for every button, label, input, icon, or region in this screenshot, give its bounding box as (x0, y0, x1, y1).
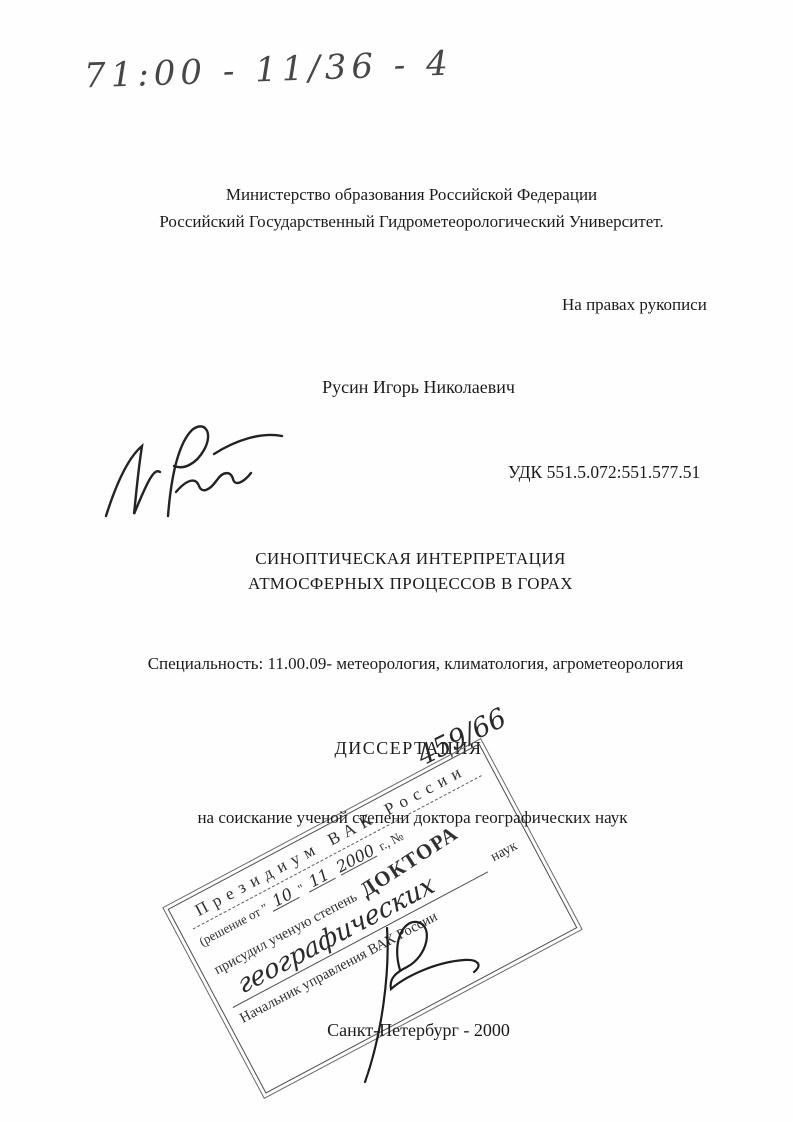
title-line-2: АТМОСФЕРНЫХ ПРОЦЕССОВ В ГОРАХ (14, 571, 793, 596)
university-line: Российский Государственный Гидрометеорол… (15, 208, 793, 235)
specialty-line: Специальность: 11.00.09- метеорология, к… (19, 654, 793, 674)
dissertation-title-page: 71:00 - 11/36 - 4 Министерство образован… (0, 0, 793, 1122)
inventory-number: 71:00 - 11/36 - 4 (83, 44, 453, 97)
udk-code: УДК 551.5.072:551.577.51 (508, 462, 700, 483)
signature-stroke (176, 473, 251, 492)
dissertation-title: СИНОПТИЧЕСКАЯ ИНТЕРПРЕТАЦИЯ АТМОСФЕРНЫХ … (14, 546, 793, 596)
manuscript-rights-note: На правах рукописи (562, 295, 707, 315)
ministry-line: Министерство образования Российской Феде… (15, 181, 793, 208)
stamp-decision-suffix: г., № (376, 828, 406, 853)
official-signature (344, 912, 499, 1090)
author-name: Русин Игорь Николаевич (22, 377, 793, 398)
signature-stroke (168, 426, 208, 516)
signature-stroke (365, 928, 388, 1082)
degree-pursuit-line: на соискание ученой степени доктора геог… (16, 808, 793, 828)
title-line-1: СИНОПТИЧЕСКАЯ ИНТЕРПРЕТАЦИЯ (14, 546, 793, 571)
signature-stroke (106, 446, 160, 516)
signature-stroke (214, 435, 282, 454)
stamp-decision-month: 11 (303, 865, 337, 892)
stamp-decision-day: 10 (266, 885, 300, 912)
signature-stroke (391, 922, 479, 989)
author-signature (96, 416, 291, 531)
document-type-heading: ДИССЕРТАЦИЯ (12, 738, 793, 759)
header-block: Министерство образования Российской Феде… (15, 181, 793, 235)
